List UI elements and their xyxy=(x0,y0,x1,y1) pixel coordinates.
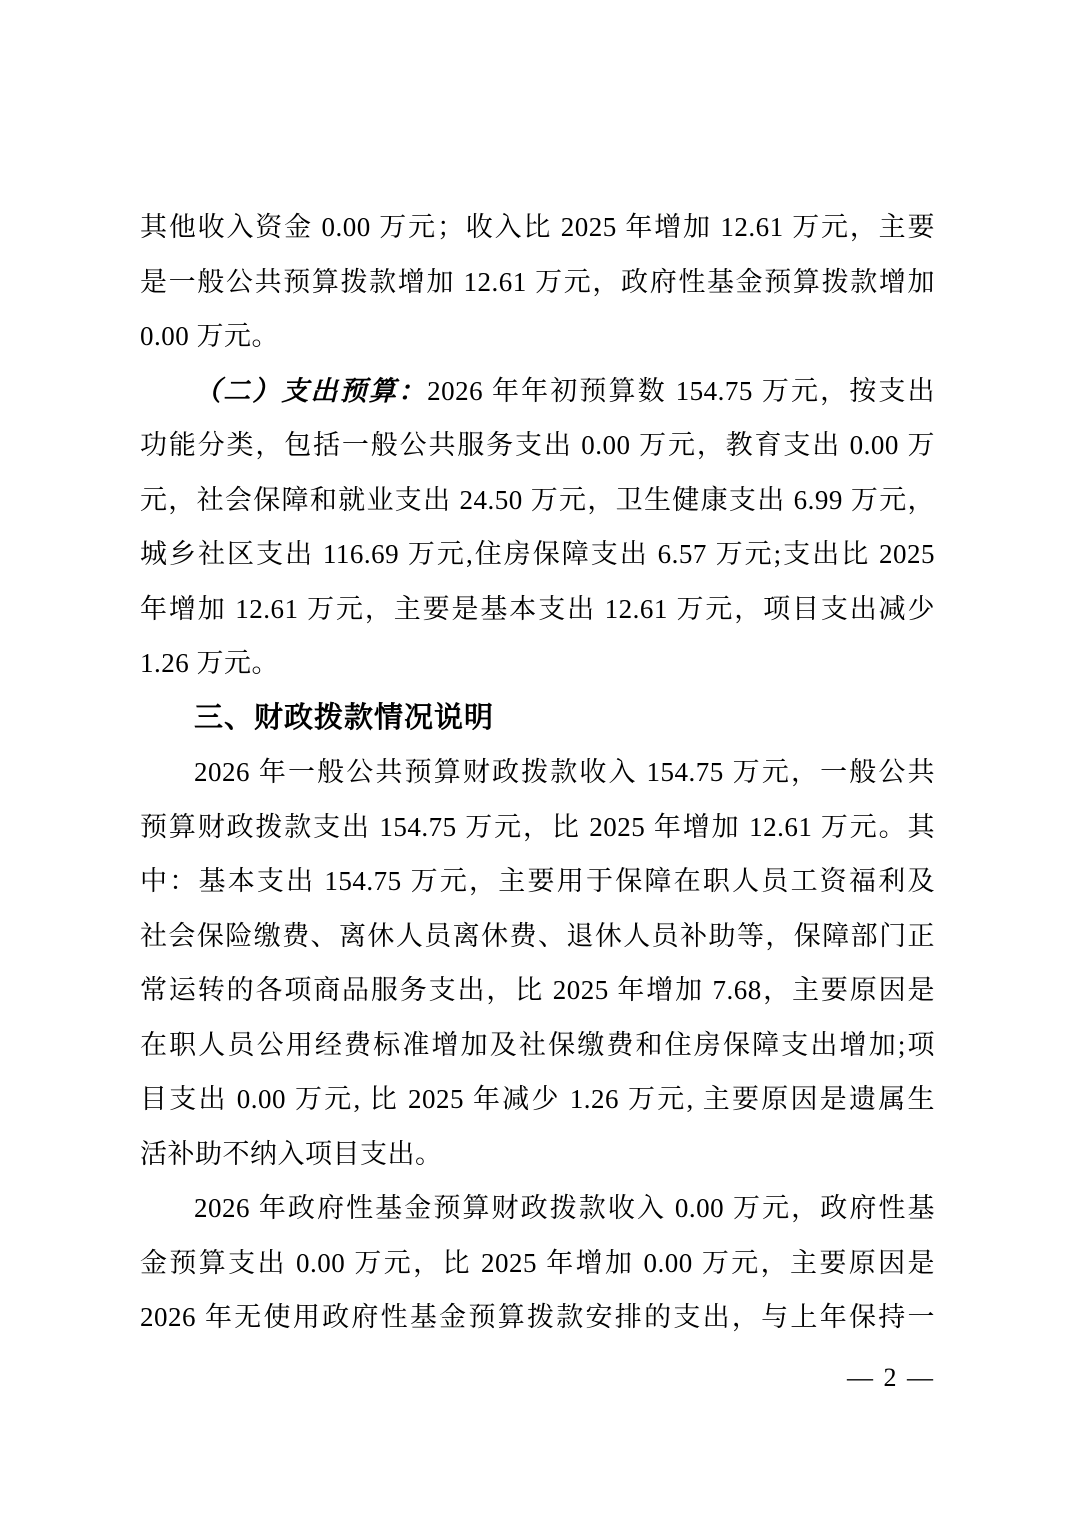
text-run: 常运转的各项商品服务支出，比 2025 年增加 7.68，主要原因是 xyxy=(140,975,935,1005)
text-line: 中：基本支出 154.75 万元，主要用于保障在职人员工资福利及 xyxy=(140,854,935,909)
text-line: 2026 年政府性基金预算财政拨款收入 0.00 万元，政府性基 xyxy=(140,1181,935,1236)
text-line: 金预算支出 0.00 万元，比 2025 年增加 0.00 万元，主要原因是 xyxy=(140,1236,935,1291)
document-page: 其他收入资金 0.00 万元；收入比 2025 年增加 12.61 万元，主要是… xyxy=(0,0,1074,1520)
text-line: 0.00 万元。 xyxy=(140,309,935,364)
page-number: — 2 — xyxy=(847,1358,935,1398)
text-run: 三、财政拨款情况说明 xyxy=(194,702,494,734)
text-line: 目支出 0.00 万元, 比 2025 年减少 1.26 万元, 主要原因是遗属… xyxy=(140,1072,935,1127)
text-line: 其他收入资金 0.00 万元；收入比 2025 年增加 12.61 万元，主要 xyxy=(140,200,935,255)
text-line: 社会保险缴费、离休人员离休费、退休人员补助等，保障部门正 xyxy=(140,909,935,964)
text-line: 是一般公共预算拨款增加 12.61 万元，政府性基金预算拨款增加 xyxy=(140,255,935,310)
document-body: 其他收入资金 0.00 万元；收入比 2025 年增加 12.61 万元，主要是… xyxy=(140,200,935,1345)
text-line: 在职人员公用经费标准增加及社保缴费和住房保障支出增加;项 xyxy=(140,1018,935,1073)
text-run: 0.00 万元。 xyxy=(140,321,279,351)
text-line: 常运转的各项商品服务支出，比 2025 年增加 7.68，主要原因是 xyxy=(140,963,935,1018)
text-run: 活补助不纳入项目支出。 xyxy=(140,1139,443,1169)
text-run: 年增加 12.61 万元，主要是基本支出 12.61 万元，项目支出减少 xyxy=(140,594,935,624)
text-run: 目支出 0.00 万元, 比 2025 年减少 1.26 万元, 主要原因是遗属… xyxy=(140,1084,935,1114)
text-line: 2026 年一般公共预算财政拨款收入 154.75 万元，一般公共 xyxy=(140,745,935,800)
text-run: 功能分类，包括一般公共服务支出 0.00 万元，教育支出 0.00 万 xyxy=(140,430,935,460)
paragraph-lead-label: （二）支出预算： xyxy=(194,376,427,406)
text-run: 中：基本支出 154.75 万元，主要用于保障在职人员工资福利及 xyxy=(140,866,935,896)
text-run: 是一般公共预算拨款增加 12.61 万元，政府性基金预算拨款增加 xyxy=(140,267,935,297)
text-run: 预算财政拨款支出 154.75 万元，比 2025 年增加 12.61 万元。其 xyxy=(140,812,935,842)
text-run: 2026 年一般公共预算财政拨款收入 154.75 万元，一般公共 xyxy=(194,757,935,787)
text-line: 元，社会保障和就业支出 24.50 万元，卫生健康支出 6.99 万元， xyxy=(140,473,935,528)
text-line: 城乡社区支出 116.69 万元,住房保障支出 6.57 万元;支出比 2025 xyxy=(140,527,935,582)
text-line: 1.26 万元。 xyxy=(140,636,935,691)
text-run: 2026 年无使用政府性基金预算拨款安排的支出，与上年保持一 xyxy=(140,1302,935,1332)
text-run: 1.26 万元。 xyxy=(140,648,279,678)
text-line: 预算财政拨款支出 154.75 万元，比 2025 年增加 12.61 万元。其 xyxy=(140,800,935,855)
text-run: 金预算支出 0.00 万元，比 2025 年增加 0.00 万元，主要原因是 xyxy=(140,1248,935,1278)
text-line: 活补助不纳入项目支出。 xyxy=(140,1127,935,1182)
text-line: 2026 年无使用政府性基金预算拨款安排的支出，与上年保持一 xyxy=(140,1290,935,1345)
text-line: 年增加 12.61 万元，主要是基本支出 12.61 万元，项目支出减少 xyxy=(140,582,935,637)
text-run: 在职人员公用经费标准增加及社保缴费和住房保障支出增加;项 xyxy=(140,1030,935,1060)
text-line: （二）支出预算：2026 年年初预算数 154.75 万元，按支出 xyxy=(140,364,935,419)
text-line: 功能分类，包括一般公共服务支出 0.00 万元，教育支出 0.00 万 xyxy=(140,418,935,473)
text-run: 城乡社区支出 116.69 万元,住房保障支出 6.57 万元;支出比 2025 xyxy=(140,539,935,569)
text-run: 元，社会保障和就业支出 24.50 万元，卫生健康支出 6.99 万元， xyxy=(140,485,935,515)
text-run: 社会保险缴费、离休人员离休费、退休人员补助等，保障部门正 xyxy=(140,921,935,951)
text-run: 2026 年政府性基金预算财政拨款收入 0.00 万元，政府性基 xyxy=(194,1193,935,1223)
text-run: 2026 年年初预算数 154.75 万元，按支出 xyxy=(427,376,935,406)
section-heading: 三、财政拨款情况说明 xyxy=(140,691,935,746)
text-run: 其他收入资金 0.00 万元；收入比 2025 年增加 12.61 万元，主要 xyxy=(140,212,935,242)
